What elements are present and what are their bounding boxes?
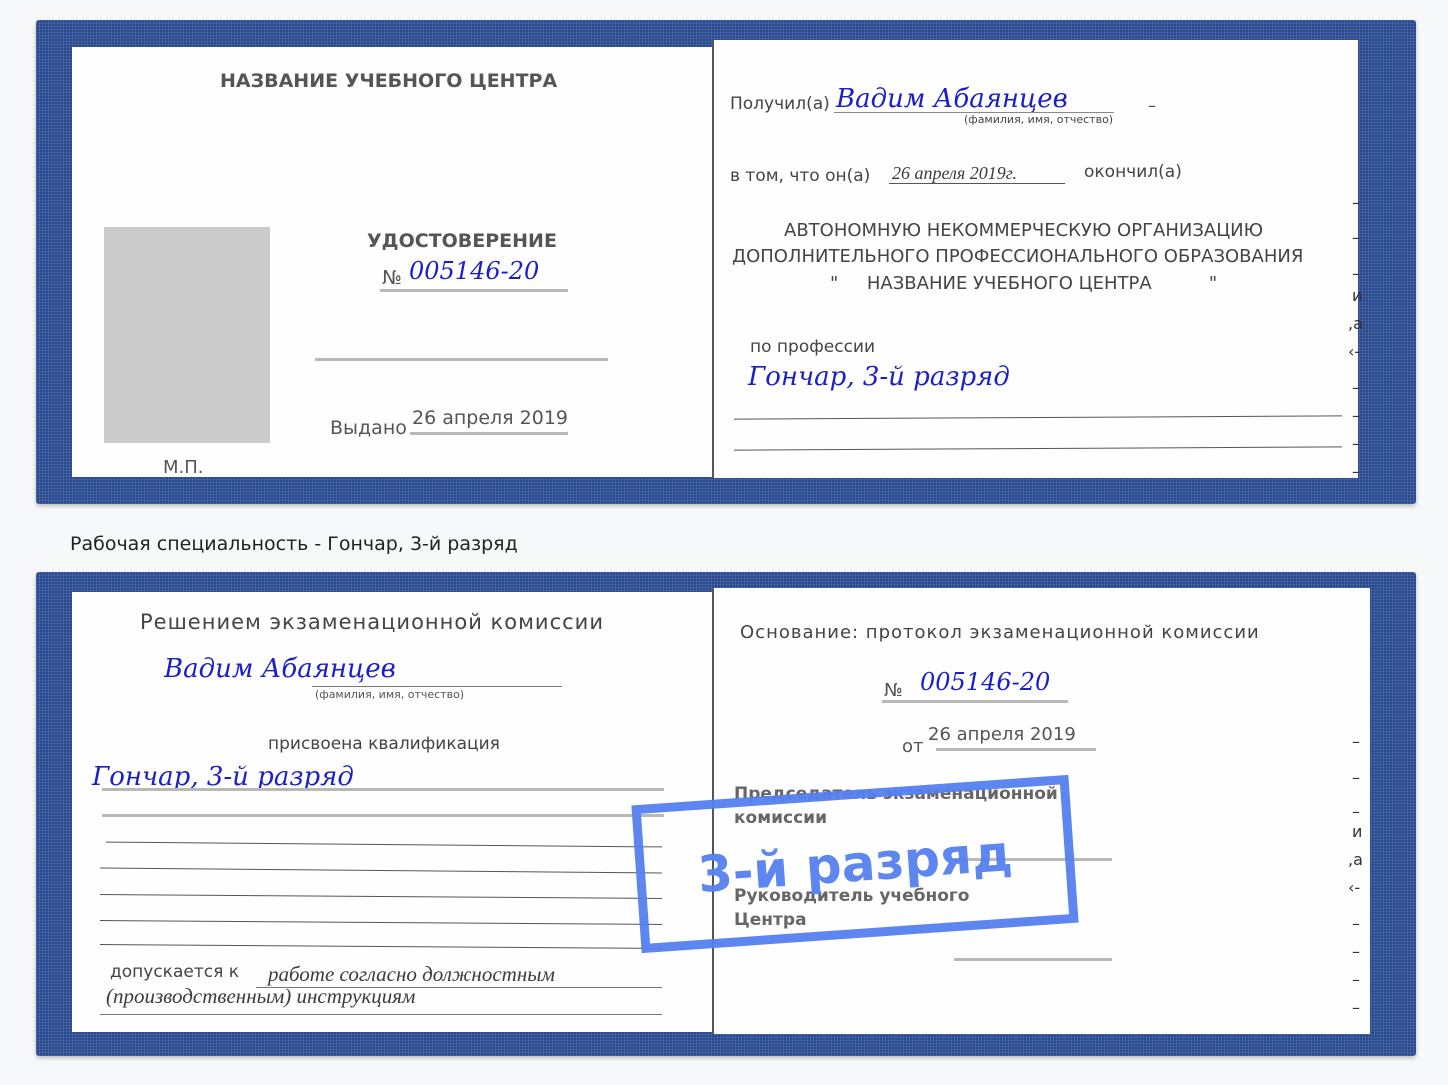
graduate-name: Вадим Абаянцев <box>164 654 396 684</box>
issued-underline <box>410 432 568 435</box>
basis-title: Основание: протокол экзаменационной коми… <box>740 622 1260 643</box>
edge-mark: – <box>1352 802 1360 821</box>
blank-line <box>106 842 662 848</box>
blank-line <box>100 944 662 949</box>
received-name: Вадим Абаянцев <box>836 84 1068 114</box>
decision-title: Решением экзаменационной комиссии <box>140 610 604 634</box>
issued-label: Выдано <box>330 417 407 439</box>
seal-label: М.П. <box>163 457 204 478</box>
edge-mark: – <box>1352 378 1360 397</box>
edge-mark: и <box>1352 822 1362 841</box>
edge-mark: – <box>1352 193 1360 212</box>
edge-mark: – <box>1352 264 1360 283</box>
edge-mark: ‹- <box>1348 342 1360 361</box>
top-left-page: НАЗВАНИЕ УЧЕБНОГО ЦЕНТРА М.П. УДОСТОВЕРЕ… <box>72 47 746 477</box>
doc-title: УДОСТОВЕРЕНИЕ <box>367 230 557 252</box>
edge-mark: ,а <box>1348 314 1363 333</box>
name-hint: (фамилия, имя, отчество) <box>315 688 464 701</box>
qualification-label: присвоена квалификация <box>268 734 500 754</box>
name-underline <box>312 686 562 687</box>
edge-mark: ‹- <box>1348 878 1360 897</box>
number-underline <box>380 289 568 292</box>
number-label: № <box>382 267 402 289</box>
edge-mark: – <box>1352 970 1360 989</box>
org-line-3: " НАЗВАНИЕ УЧЕБНОГО ЦЕНТРА " <box>830 273 1217 294</box>
qualification-line-1 <box>102 788 664 791</box>
protocol-date-underline <box>936 748 1096 751</box>
center-name: НАЗВАНИЕ УЧЕБНОГО ЦЕНТРА <box>220 70 557 92</box>
profession-line-2 <box>734 446 1342 450</box>
top-certificate-cover: НАЗВАНИЕ УЧЕБНОГО ЦЕНТРА М.П. УДОСТОВЕРЕ… <box>36 20 1416 504</box>
edge-mark: – <box>1352 942 1360 961</box>
issued-date: 26 апреля 2019 <box>412 407 568 429</box>
signature-line <box>315 358 608 361</box>
profession-value: Гончар, 3-й разряд <box>748 362 1010 392</box>
blank-line <box>100 894 662 899</box>
edge-mark: – <box>1352 462 1360 481</box>
certificate-number: 005146-20 <box>409 257 539 285</box>
protocol-date: 26 апреля 2019 <box>928 724 1076 745</box>
completion-date: 26 апреля 2019г. <box>892 163 1017 184</box>
edge-mark: – <box>1352 406 1360 425</box>
received-label: Получил(а) <box>730 94 830 114</box>
qualification-line-2 <box>102 814 664 817</box>
grade-stamp: 3-й разряд <box>631 775 1078 953</box>
edge-mark: – <box>1352 732 1360 751</box>
protocol-number-label: № <box>884 680 903 701</box>
admitted-underline-2 <box>100 1014 662 1015</box>
profession-line-1 <box>734 415 1342 419</box>
admitted-label: допускается к <box>110 962 239 982</box>
blank-line <box>100 920 662 925</box>
edge-mark: – <box>1352 434 1360 453</box>
edge-mark: – <box>1352 998 1360 1017</box>
edge-mark: и <box>1352 286 1362 305</box>
profession-label: по профессии <box>750 337 875 357</box>
blank-line <box>100 868 662 874</box>
admitted-line-2: (производственным) инструкциям <box>106 984 415 1009</box>
name-hint: (фамилия, имя, отчество) <box>964 113 1113 126</box>
finished-label: окончил(а) <box>1084 162 1182 182</box>
dash-mark: – <box>1148 96 1156 115</box>
edge-mark: ,а <box>1348 850 1363 869</box>
protocol-number-underline <box>882 700 1068 703</box>
edge-mark: – <box>1352 914 1360 933</box>
completion-underline <box>889 183 1065 184</box>
photo-placeholder <box>104 227 270 443</box>
org-line-1: АВТОНОМНУЮ НЕКОММЕРЧЕСКУЮ ОРГАНИЗАЦИЮ <box>784 220 1263 241</box>
stamp-text: 3-й разряд <box>696 824 1014 904</box>
org-line-2: ДОПОЛНИТЕЛЬНОГО ПРОФЕССИОНАЛЬНОГО ОБРАЗО… <box>732 246 1303 267</box>
specialty-caption: Рабочая специальность - Гончар, 3-й разр… <box>70 533 518 555</box>
edge-mark: – <box>1352 768 1360 787</box>
top-right-page: Получил(а) Вадим Абаянцев – (фамилия, им… <box>712 40 1358 478</box>
from-label: от <box>902 736 924 757</box>
in-that-label: в том, что он(а) <box>730 166 870 186</box>
head-signature-line <box>954 958 1112 961</box>
protocol-number: 005146-20 <box>920 668 1050 696</box>
edge-mark: – <box>1352 228 1360 247</box>
